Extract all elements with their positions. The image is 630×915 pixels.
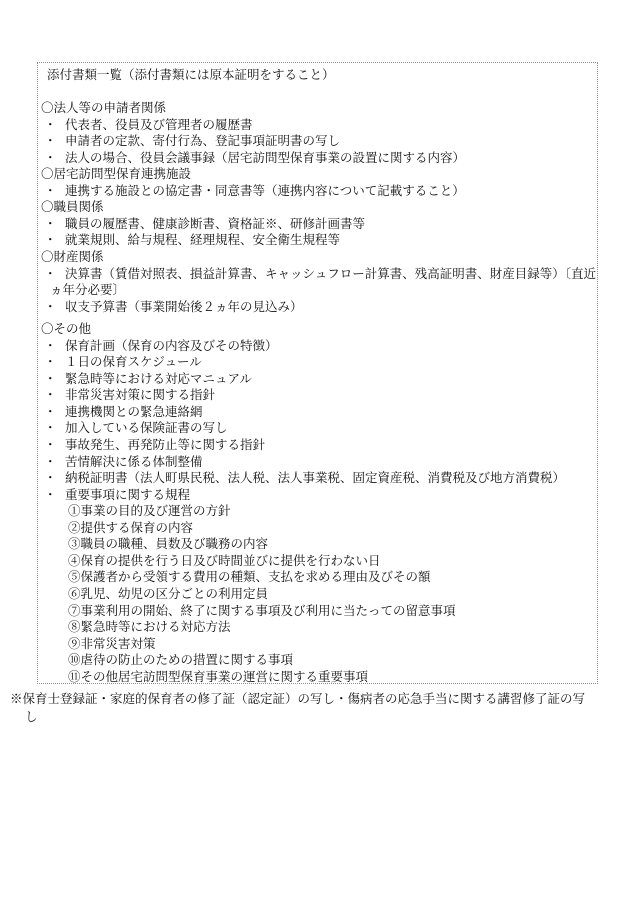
footnote: ※保育士登録証・家庭的保育者の修了証（認定証）の写し・傷病者の応急手当に関する講… (10, 691, 585, 726)
doc-line-heading: 〇その他 (40, 321, 594, 338)
doc-line-bullet: ・苦情解決に係る体制整備 (40, 454, 594, 471)
bullet-text: 職員の履歴書、健康診断書、資格証※、研修計画書等 (65, 217, 365, 231)
bullet-marker: ・ (44, 183, 65, 200)
doc-line-bullet: ・連携機関との緊急連絡網 (40, 404, 594, 421)
bullet-text: 連携する施設との協定書・同意書等（連携内容について記載すること） (65, 184, 465, 198)
bullet-text: 申請者の定款、寄付行為、登記事項証明書の写し (65, 134, 340, 148)
bullet-marker: ・ (44, 387, 65, 404)
bullet-text: 収支予算書（事業開始後２ヵ年の見込み） (65, 300, 303, 314)
doc-line-numbered: ⑩虐待の防止のための措置に関する事項 (40, 652, 594, 669)
bullet-text: 納税証明書（法人町県民税、法人税、法人事業税、固定資産税、消費税及び地方消費税） (65, 471, 565, 485)
doc-line-bullet: ・収支予算書（事業開始後２ヵ年の見込み） (40, 299, 594, 316)
footnote-line: し (10, 709, 585, 727)
doc-line-bullet: ・代表者、役員及び管理者の履歴書 (40, 117, 594, 134)
bullet-marker: ・ (44, 420, 65, 437)
bullet-text: １日の保育スケジュール (65, 355, 202, 369)
bullet-marker: ・ (44, 354, 65, 371)
doc-line-bullet: ・連携する施設との協定書・同意書等（連携内容について記載すること） (40, 183, 594, 200)
bullet-marker: ・ (44, 404, 65, 421)
doc-line-heading: 〇職員関係 (40, 199, 594, 216)
bullet-marker: ・ (44, 371, 65, 388)
doc-line-bullet: ・事故発生、再発防止等に関する指針 (40, 437, 594, 454)
doc-line-numbered: ⑦事業利用の開始、終了に関する事項及び利用に当たっての留意事項 (40, 603, 594, 620)
doc-line-blank (40, 84, 594, 101)
doc-line-heading: 〇居宅訪問型保育連携施設 (40, 166, 594, 183)
doc-line-numbered: ④保育の提供を行う日及び時間並びに提供を行わない日 (40, 553, 594, 570)
doc-line-numbered: ⑪その他居宅訪問型保育事業の運営に関する重要事項 (40, 669, 594, 684)
bullet-marker: ・ (44, 117, 65, 134)
bullet-marker: ・ (44, 299, 65, 316)
bullet-marker: ・ (44, 232, 65, 249)
doc-line-bullet: ・納税証明書（法人町県民税、法人税、法人事業税、固定資産税、消費税及び地方消費税… (40, 470, 594, 487)
doc-line-heading: 〇法人等の申請者関係 (40, 100, 594, 117)
bullet-text: 就業規則、給与規程、経理規程、安全衛生規程等 (65, 233, 340, 247)
bullet-text: 法人の場合、役員会議事録（居宅訪問型保育事業の設置に関する内容） (65, 151, 465, 165)
doc-line-bullet: ・職員の履歴書、健康診断書、資格証※、研修計画書等 (40, 216, 594, 233)
doc-line-numbered: ②提供する保育の内容 (40, 520, 594, 537)
doc-line-bullet: ・１日の保育スケジュール (40, 354, 594, 371)
bullet-marker: ・ (44, 338, 65, 355)
bullet-text: 苦情解決に係る体制整備 (65, 455, 203, 469)
doc-line-numbered: ③職員の職種、員数及び職務の内容 (40, 536, 594, 553)
bullet-text: 緊急時等における対応マニュアル (65, 372, 252, 386)
doc-line-bullet: ・申請者の定款、寄付行為、登記事項証明書の写し (40, 133, 594, 150)
bullet-text: 非常災害対策に関する指針 (65, 388, 215, 402)
bullet-marker: ・ (44, 150, 65, 167)
bullet-text: 事故発生、再発防止等に関する指針 (65, 438, 265, 452)
doc-line-heading: 〇財産関係 (40, 249, 594, 266)
footnote-line: ※保育士登録証・家庭的保育者の修了証（認定証）の写し・傷病者の応急手当に関する講… (10, 691, 585, 709)
doc-line-bullet: ・就業規則、給与規程、経理規程、安全衛生規程等 (40, 232, 594, 249)
attachment-list-box: 添付書類一覧（添付書類には原本証明をすること） 〇法人等の申請者関係・代表者、役… (37, 62, 598, 684)
doc-line-numbered: ⑧緊急時等における対応方法 (40, 619, 594, 636)
doc-line-numbered: ⑥乳児、幼児の区分ごとの利用定員 (40, 586, 594, 603)
bullet-text: 重要事項に関する規程 (65, 488, 190, 502)
doc-line-bullet: ・非常災害対策に関する指針 (40, 387, 594, 404)
bullet-marker: ・ (44, 487, 65, 504)
bullet-marker: ・ (44, 454, 65, 471)
doc-line-bullet: ・重要事項に関する規程 (40, 487, 594, 504)
doc-line-cont: ヵ年分必要〕 (40, 282, 594, 299)
bullet-text: 代表者、役員及び管理者の履歴書 (65, 118, 253, 132)
bullet-marker: ・ (44, 437, 65, 454)
doc-line-numbered: ⑨非常災害対策 (40, 636, 594, 653)
bullet-marker: ・ (44, 216, 65, 233)
bullet-text: 連携機関との緊急連絡網 (65, 405, 203, 419)
bullet-text: 加入している保険証書の写し (65, 421, 228, 435)
doc-line-bullet: ・加入している保険証書の写し (40, 420, 594, 437)
document-page: 添付書類一覧（添付書類には原本証明をすること） 〇法人等の申請者関係・代表者、役… (0, 0, 630, 915)
bullet-marker: ・ (44, 470, 65, 487)
bullet-marker: ・ (44, 133, 65, 150)
bullet-marker: ・ (44, 266, 65, 283)
doc-line-bullet: ・法人の場合、役員会議事録（居宅訪問型保育事業の設置に関する内容） (40, 150, 594, 167)
doc-line-numbered: ①事業の目的及び運営の方針 (40, 503, 594, 520)
bullet-text: 保育計画（保育の内容及びその特徴） (65, 339, 278, 353)
doc-line-title: 添付書類一覧（添付書類には原本証明をすること） (40, 67, 594, 84)
doc-line-bullet: ・保育計画（保育の内容及びその特徴） (40, 338, 594, 355)
doc-line-bullet: ・緊急時等における対応マニュアル (40, 371, 594, 388)
doc-line-numbered: ⑤保護者から受領する費用の種類、支払を求める理由及びその額 (40, 569, 594, 586)
doc-line-bullet: ・決算書（賃借対照表、損益計算書、キャッシュフロー計算書、残高証明書、財産目録等… (40, 266, 594, 283)
bullet-text: 決算書（賃借対照表、損益計算書、キャッシュフロー計算書、残高証明書、財産目録等）… (65, 267, 598, 281)
